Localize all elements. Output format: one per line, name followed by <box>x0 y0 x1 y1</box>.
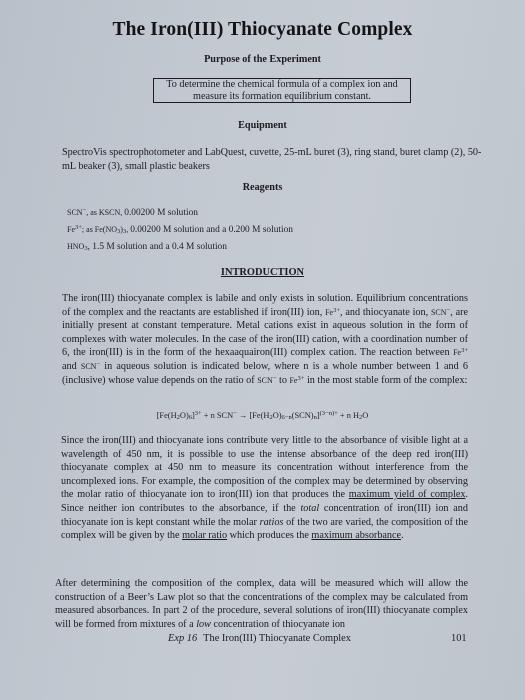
purpose-box: To determine the chemical formula of a c… <box>153 78 411 103</box>
page-number: 101 <box>451 633 467 644</box>
reaction-equation: [Fe(H2O)6]3+ + n SCN− → [Fe(H2O)6−n(SCN)… <box>0 411 525 420</box>
experiment-number: Exp 16 <box>168 633 197 644</box>
reagent-description: , 1.5 M solution and a 0.4 M solution <box>88 242 227 252</box>
reagents-heading: Reagents <box>0 182 525 193</box>
reagent-fe: Fe3+; as Fe(NO3)3, 0.00200 M solution an… <box>67 225 293 235</box>
purpose-line-1: To determine the chemical formula of a c… <box>154 79 410 91</box>
underlined-maximum-yield: maximum yield of complex <box>349 489 466 500</box>
equipment-heading: Equipment <box>0 120 525 131</box>
fe-formula: Fe <box>67 225 75 234</box>
introduction-heading: INTRODUCTION <box>0 267 525 278</box>
scn-formula: SCN <box>67 208 83 217</box>
underlined-maximum-absorbance: maximum absorbance <box>311 530 401 541</box>
reaction-arrow-icon: → <box>237 411 250 420</box>
page-footer: Exp 16The Iron(III) Thiocyanate Complex <box>168 633 351 644</box>
footer-title: The Iron(III) Thiocyanate Complex <box>203 633 351 644</box>
purpose-line-2: measure its formation equilibrium consta… <box>154 91 410 103</box>
purpose-heading: Purpose of the Experiment <box>0 54 525 65</box>
hno3-formula: HNO <box>67 242 84 251</box>
underlined-molar-ratio: molar ratio <box>182 530 227 541</box>
introduction-paragraph-2: Since the iron(III) and thiocyanate ions… <box>61 434 468 543</box>
reagent-description: 0.00200 M solution and a 0.200 M solutio… <box>130 225 293 235</box>
equipment-text: SpectroVis spectrophotometer and LabQues… <box>62 146 482 173</box>
introduction-paragraph-3: After determining the composition of the… <box>55 577 468 631</box>
reagent-scn: SCN−, as KSCN, 0.00200 M solution <box>67 208 198 218</box>
reagent-hno3: HNO3, 1.5 M solution and a 0.4 M solutio… <box>67 242 227 252</box>
page-title: The Iron(III) Thiocyanate Complex <box>0 19 525 41</box>
reagent-description: 0.00200 M solution <box>124 208 198 218</box>
document-page: The Iron(III) Thiocyanate Complex Purpos… <box>0 0 525 700</box>
introduction-paragraph-1: The iron(III) thiocyanate complex is lab… <box>62 292 468 387</box>
